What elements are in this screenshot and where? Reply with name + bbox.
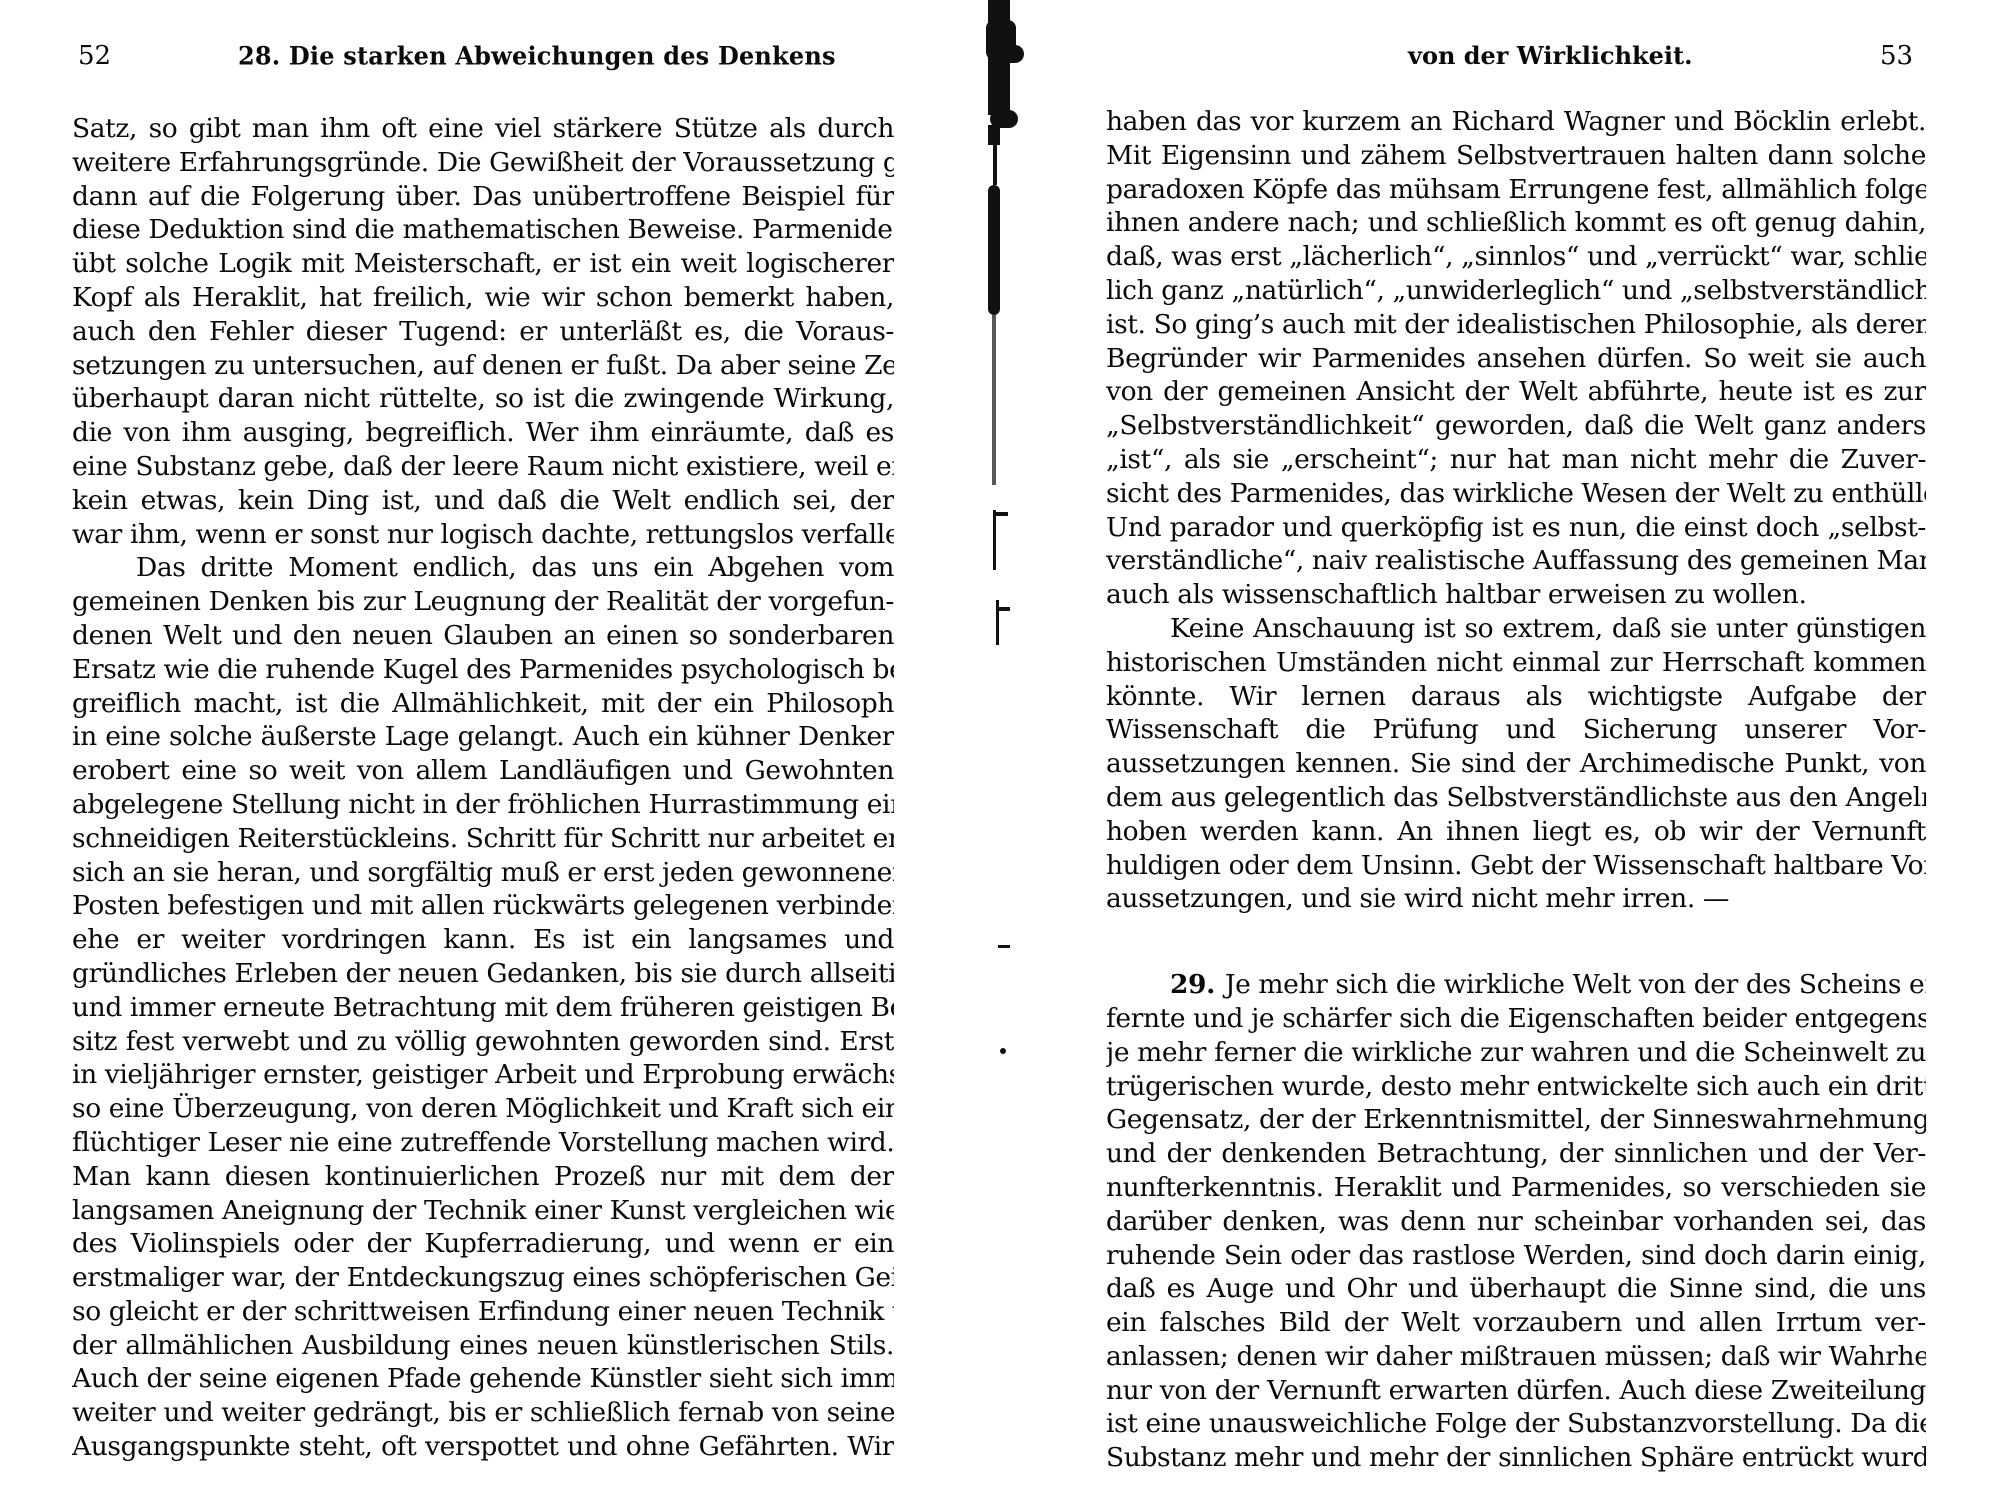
running-head: von der Wirklichkeit. xyxy=(1408,38,1692,74)
left-page: 52 28. Die starken Abweichungen des Denk… xyxy=(0,0,960,1497)
text-line: war ihm, wenn er sonst nur logisch dacht… xyxy=(72,518,894,552)
text-line: der allmählichen Ausbildung eines neuen … xyxy=(72,1329,894,1363)
text-line: die von ihm ausging, begreiflich. Wer ih… xyxy=(72,416,894,450)
text-line: übt solche Logik mit Meisterschaft, er i… xyxy=(72,247,894,281)
section-first-line-text: Je mehr sich die wirkliche Welt von der … xyxy=(1225,969,1926,1000)
text-line: eine Substanz gebe, daß der leere Raum n… xyxy=(72,450,894,484)
section-lines: fernte und je schärfer sich die Eigensch… xyxy=(1106,1002,1926,1475)
gutter-stain xyxy=(988,185,1000,315)
text-line: ist. So ging’s auch mit der idealistisch… xyxy=(1106,308,1926,342)
section-spacer xyxy=(1106,916,1926,968)
text-line: Und parador und querköpfig ist es nun, d… xyxy=(1106,511,1926,545)
text-line: trügerischen wurde, desto mehr entwickel… xyxy=(1106,1070,1926,1104)
text-line: daß es Auge und Ohr und überhaupt die Si… xyxy=(1106,1272,1926,1306)
text-line: von der gemeinen Ansicht der Welt abführ… xyxy=(1106,375,1926,409)
text-line: nur von der Vernunft erwarten dürfen. Au… xyxy=(1106,1374,1926,1408)
text-line: diese Deduktion sind die mathematischen … xyxy=(72,213,894,247)
page-number: 53 xyxy=(1880,38,1913,74)
text-line: Auch der seine eigenen Pfade gehende Kün… xyxy=(72,1362,894,1396)
text-line: „Selbstverständlichkeit“ geworden, daß d… xyxy=(1106,409,1926,443)
text-line: Gegensatz, der der Erkenntnismittel, der… xyxy=(1106,1103,1926,1137)
text-line: greiflich macht, ist die Allmählichkeit,… xyxy=(72,687,894,721)
text-line: des Violinspiels oder der Kupferradierun… xyxy=(72,1227,894,1261)
text-line: kein etwas, kein Ding ist, und daß die W… xyxy=(72,484,894,518)
text-line: in vieljähriger ernster, geistiger Arbei… xyxy=(72,1058,894,1092)
text-line: Begründer wir Parmenides ansehen dürfen.… xyxy=(1106,342,1926,376)
text-line: sitz fest verwebt und zu völlig gewohnte… xyxy=(72,1025,894,1059)
text-line: dem aus gelegentlich das Selbstverständl… xyxy=(1106,781,1926,815)
text-line: auch den Fehler dieser Tugend: er unterl… xyxy=(72,315,894,349)
text-line: sich an sie heran, und sorgfältig muß er… xyxy=(72,856,894,890)
section-first-line: 29.Je mehr sich die wirkliche Welt von d… xyxy=(1106,968,1926,1002)
gutter-stain xyxy=(988,125,1000,145)
text-line: weitere Erfahrungsgründe. Die Gewißheit … xyxy=(72,146,894,180)
gutter-stain xyxy=(993,145,997,185)
body-text: Satz, so gibt man ihm oft eine viel stär… xyxy=(72,112,894,1464)
text-line: Ausgangspunkte steht, oft verspottet und… xyxy=(72,1430,894,1464)
text-line: so gleicht er der schrittweisen Erfindun… xyxy=(72,1295,894,1329)
text-line: ist eine unausweichliche Folge der Subst… xyxy=(1106,1407,1926,1441)
text-line: ehe er weiter vordringen kann. Es ist ei… xyxy=(72,923,894,957)
section-number: 29. xyxy=(1170,969,1215,1000)
text-line: gründliches Erleben der neuen Gedanken, … xyxy=(72,957,894,991)
text-line: Ersatz wie die ruhende Kugel des Parmeni… xyxy=(72,653,894,687)
text-line: „ist“, als sie „erscheint“; nur hat man … xyxy=(1106,443,1926,477)
text-line: überhaupt daran nicht rüttelte, so ist d… xyxy=(72,382,894,416)
text-line: aussetzungen, und sie wird nicht mehr ir… xyxy=(1106,882,1926,916)
text-line: schneidigen Reiterstückleins. Schritt fü… xyxy=(72,822,894,856)
text-line: lich ganz „natürlich“, „unwiderleglich“ … xyxy=(1106,274,1926,308)
text-line: anlassen; denen wir daher mißtrauen müss… xyxy=(1106,1340,1926,1374)
text-line: sicht des Parmenides, das wirkliche Wese… xyxy=(1106,477,1926,511)
text-line: dann auf die Folgerung über. Das unübert… xyxy=(72,180,894,214)
text-line: Man kann diesen kontinuierlichen Prozeß … xyxy=(72,1160,894,1194)
text-line: und der denkenden Betrachtung, der sinnl… xyxy=(1106,1137,1926,1171)
text-line: und immer erneute Betrachtung mit dem fr… xyxy=(72,991,894,1025)
text-line: erstmaliger war, der Entdeckungszug eine… xyxy=(72,1261,894,1295)
section-29: 29.Je mehr sich die wirkliche Welt von d… xyxy=(1106,968,1926,1475)
text-line: ein falsches Bild der Welt vorzaubern un… xyxy=(1106,1306,1926,1340)
text-line: Kopf als Heraklit, hat freilich, wie wir… xyxy=(72,281,894,315)
text-line: Substanz mehr und mehr der sinnlichen Sp… xyxy=(1106,1441,1926,1475)
binding-gutter xyxy=(960,0,1030,1497)
text-line: Das dritte Moment endlich, das uns ein A… xyxy=(72,551,894,585)
gutter-stain xyxy=(993,510,996,570)
text-line: ihnen andere nach; und schließlich kommt… xyxy=(1106,206,1926,240)
gutter-stain xyxy=(1000,1048,1006,1054)
text-line: aussetzungen kennen. Sie sind der Archim… xyxy=(1106,747,1926,781)
text-line: hoben werden kann. An ihnen liegt es, ob… xyxy=(1106,815,1926,849)
text-line: paradoxen Köpfe das mühsam Errungene fes… xyxy=(1106,173,1926,207)
text-line: nunfterkenntnis. Heraklit und Parmenides… xyxy=(1106,1171,1926,1205)
text-line: je mehr ferner die wirkliche zur wahren … xyxy=(1106,1036,1926,1070)
text-line: langsamen Aneignung der Technik einer Ku… xyxy=(72,1194,894,1228)
text-line: darüber denken, was denn nur scheinbar v… xyxy=(1106,1205,1926,1239)
right-page: von der Wirklichkeit. 53 haben das vor k… xyxy=(1030,0,2000,1497)
text-line: setzungen zu untersuchen, auf denen er f… xyxy=(72,349,894,383)
text-line: Mit Eigensinn und zähem Selbstvertrauen … xyxy=(1106,139,1926,173)
gutter-stain xyxy=(992,315,996,485)
text-line: Posten befestigen und mit allen rückwärt… xyxy=(72,889,894,923)
text-line: könnte. Wir lernen daraus als wichtigste… xyxy=(1106,680,1926,714)
text-line: verständliche“, naiv realistische Auffas… xyxy=(1106,544,1926,578)
text-line: weiter und weiter gedrängt, bis er schli… xyxy=(72,1396,894,1430)
text-line: historischen Umständen nicht einmal zur … xyxy=(1106,646,1926,680)
text-line: so eine Überzeugung, von deren Möglichke… xyxy=(72,1092,894,1126)
page-number: 52 xyxy=(78,38,111,74)
text-line: huldigen oder dem Unsinn. Gebt der Wisse… xyxy=(1106,849,1926,883)
gutter-stain xyxy=(998,945,1010,948)
text-line: flüchtiger Leser nie eine zutreffende Vo… xyxy=(72,1126,894,1160)
text-line: denen Welt und den neuen Glauben an eine… xyxy=(72,619,894,653)
text-line: Keine Anschauung ist so extrem, daß sie … xyxy=(1106,612,1926,646)
text-line: fernte und je schärfer sich die Eigensch… xyxy=(1106,1002,1926,1036)
text-line: haben das vor kurzem an Richard Wagner u… xyxy=(1106,105,1926,139)
text-line: Satz, so gibt man ihm oft eine viel stär… xyxy=(72,112,894,146)
text-line: Wissenschaft die Prüfung und Sicherung u… xyxy=(1106,713,1926,747)
text-line: abgelegene Stellung nicht in der fröhlic… xyxy=(72,788,894,822)
running-head: 28. Die starken Abweichungen des Denkens xyxy=(238,37,836,75)
gutter-stain xyxy=(988,60,1010,115)
text-line: in eine solche äußerste Lage gelangt. Au… xyxy=(72,720,894,754)
text-line: ruhende Sein oder das rastlose Werden, s… xyxy=(1106,1239,1926,1273)
gutter-stain xyxy=(994,512,1008,516)
text-line: erobert eine so weit von allem Landläufi… xyxy=(72,754,894,788)
gutter-stain xyxy=(996,607,1010,611)
body-text: haben das vor kurzem an Richard Wagner u… xyxy=(1106,105,1926,1475)
text-line: gemeinen Denken bis zur Leugnung der Rea… xyxy=(72,585,894,619)
text-line: auch als wissenschaftlich haltbar erweis… xyxy=(1106,578,1926,612)
text-line: daß, was erst „lächerlich“, „sinnlos“ un… xyxy=(1106,240,1926,274)
paragraph-block: haben das vor kurzem an Richard Wagner u… xyxy=(1106,105,1926,916)
